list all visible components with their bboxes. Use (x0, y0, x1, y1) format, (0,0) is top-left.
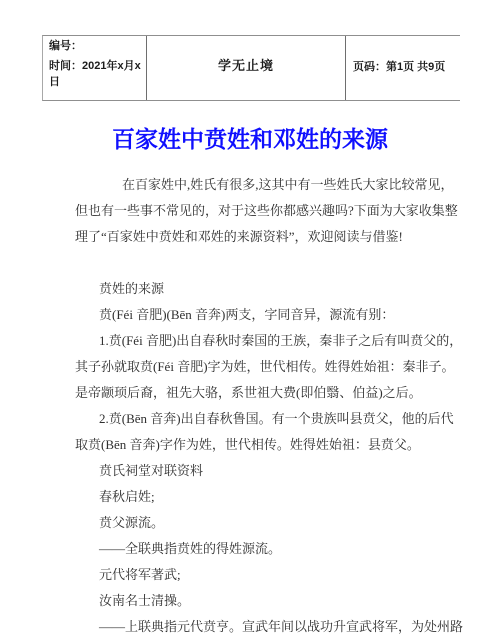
body-line: 理了“百家姓中贲姓和邓姓的来源资料”，欢迎阅读与借鉴! (75, 224, 495, 250)
header-motto: 学无止境 (218, 55, 274, 74)
page-number-label: 页码：第1页 共9页 (353, 58, 445, 74)
body-line: 贲父源流。 (75, 510, 495, 536)
body-line: 但也有一些事不常见的，对于这些你都感兴趣吗?下面为大家收集整 (75, 198, 495, 224)
body-text: 在百家姓中,姓氏有很多,这其中有一些姓氏大家比较常见，但也有一些事不常见的，对于… (75, 172, 495, 636)
body-line: ——全联典指贲姓的得姓源流。 (75, 536, 495, 562)
body-line: 贲氏祠堂对联资料 (75, 458, 495, 484)
body-line: 取贲(Bēn 音奔)字作为姓，世代相传。姓得姓始祖：县贲父。 (75, 432, 495, 458)
blank-line (75, 250, 495, 276)
body-line: 汝南名士清操。 (75, 588, 495, 614)
body-line: 贲(Féi 音肥)(Bēn 音奔)两支，字同音异，源流有别： (75, 302, 495, 328)
body-line: 其子孙就取贲(Féi 音肥)字为姓，世代相传。姓得姓始祖：秦非子。 (75, 354, 495, 380)
header-right-cell: 页码：第1页 共9页 (346, 36, 460, 100)
body-line: 贲姓的来源 (75, 276, 495, 302)
document-title: 百家姓中贲姓和邓姓的来源 (0, 125, 500, 155)
doc-date-label: 时间：2021年x月x日 (49, 58, 146, 90)
header-table: 编号： 时间：2021年x月x日 学无止境 页码：第1页 共9页 (42, 35, 460, 101)
header-center-cell: 学无止境 (147, 36, 346, 100)
body-line: 是帝颛顼后裔，祖先大骆，系世祖大费(即伯翳、伯益)之后。 (75, 380, 495, 406)
document-page: 编号： 时间：2021年x月x日 学无止境 页码：第1页 共9页 百家姓中贲姓和… (0, 0, 500, 636)
body-line: 2.贲(Bēn 音奔)出自春秋鲁国。有一个贵族叫县贲父，他的后代 (75, 406, 495, 432)
body-line: ——上联典指元代贲亨。宣武年间以战功升宣武将军，为处州路 (75, 614, 495, 636)
body-line: 春秋启姓; (75, 484, 495, 510)
header-left-cell: 编号： 时间：2021年x月x日 (43, 36, 147, 100)
body-line: 在百家姓中,姓氏有很多,这其中有一些姓氏大家比较常见， (75, 172, 495, 198)
body-line: 元代将军著武; (75, 562, 495, 588)
body-line: 1.贲(Féi 音肥)出自春秋时秦国的王族，秦非子之后有叫贲父的， (75, 328, 495, 354)
doc-number-label: 编号： (49, 38, 146, 54)
